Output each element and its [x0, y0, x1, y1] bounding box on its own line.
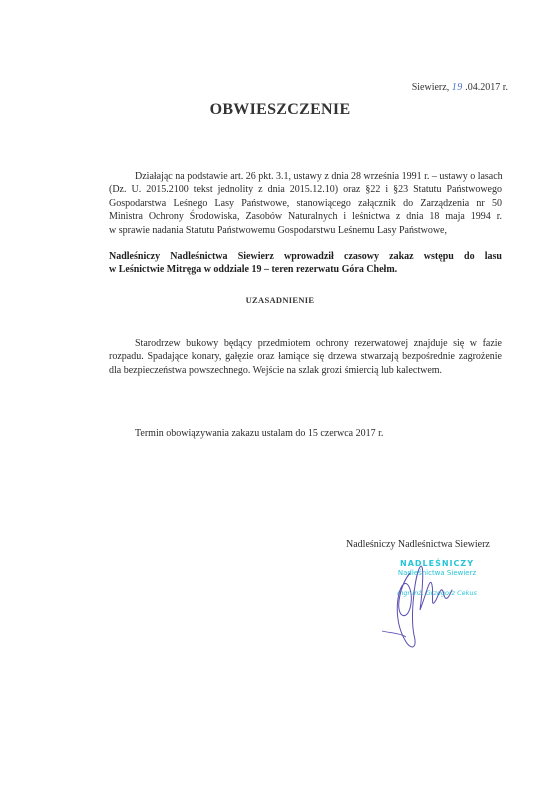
paragraph-line: Nadleśniczy Nadleśnictwa Siewierz wprowa… — [109, 250, 502, 263]
legal-basis-paragraph: Działając na podstawie art. 26 pkt. 3.1,… — [109, 170, 502, 237]
paragraph-line: Starodrzew bukowy będący przedmiotem och… — [109, 337, 502, 350]
document-title: OBWIESZCZENIE — [0, 101, 560, 119]
paragraph-line: rozpadu. Spadające konary, gałęzie oraz … — [109, 350, 502, 363]
paragraph-line: w Leśnictwie Mitręga w oddziale 19 – ter… — [109, 263, 502, 276]
date-rest: .04.2017 r. — [465, 82, 508, 93]
date-place: Siewierz, — [412, 82, 450, 93]
decision-paragraph: Nadleśniczy Nadleśnictwa Siewierz wprowa… — [109, 250, 502, 277]
date-day-handwritten: 19 — [452, 82, 463, 93]
paragraph-line: dla bezpieczeństwa powszechnego. Wejście… — [109, 364, 502, 377]
validity-paragraph: Termin obowiązywania zakazu ustalam do 1… — [109, 427, 502, 440]
paragraph-line: Termin obowiązywania zakazu ustalam do 1… — [109, 427, 502, 440]
justification-paragraph: Starodrzew bukowy będący przedmiotem och… — [109, 337, 502, 377]
paragraph-line: Ministra Ochrony Środowiska, Zasobów Nat… — [109, 210, 502, 223]
justification-heading: UZASADNIENIE — [0, 295, 560, 305]
handwritten-signature — [370, 555, 490, 655]
paragraph-line: (Dz. U. 2015.2100 tekst jednolity z dnia… — [109, 183, 502, 196]
signatory-title: Nadleśniczy Nadleśnictwa Siewierz — [346, 539, 490, 550]
paragraph-line: Działając na podstawie art. 26 pkt. 3.1,… — [109, 170, 502, 183]
paragraph-line: w sprawie nadania Statutu Państwowemu Go… — [109, 224, 502, 237]
paragraph-line: Gospodarstwa Leśnego Lasy Państwowe, sta… — [109, 197, 502, 210]
document-date: Siewierz, 19 .04.2017 r. — [412, 82, 508, 93]
